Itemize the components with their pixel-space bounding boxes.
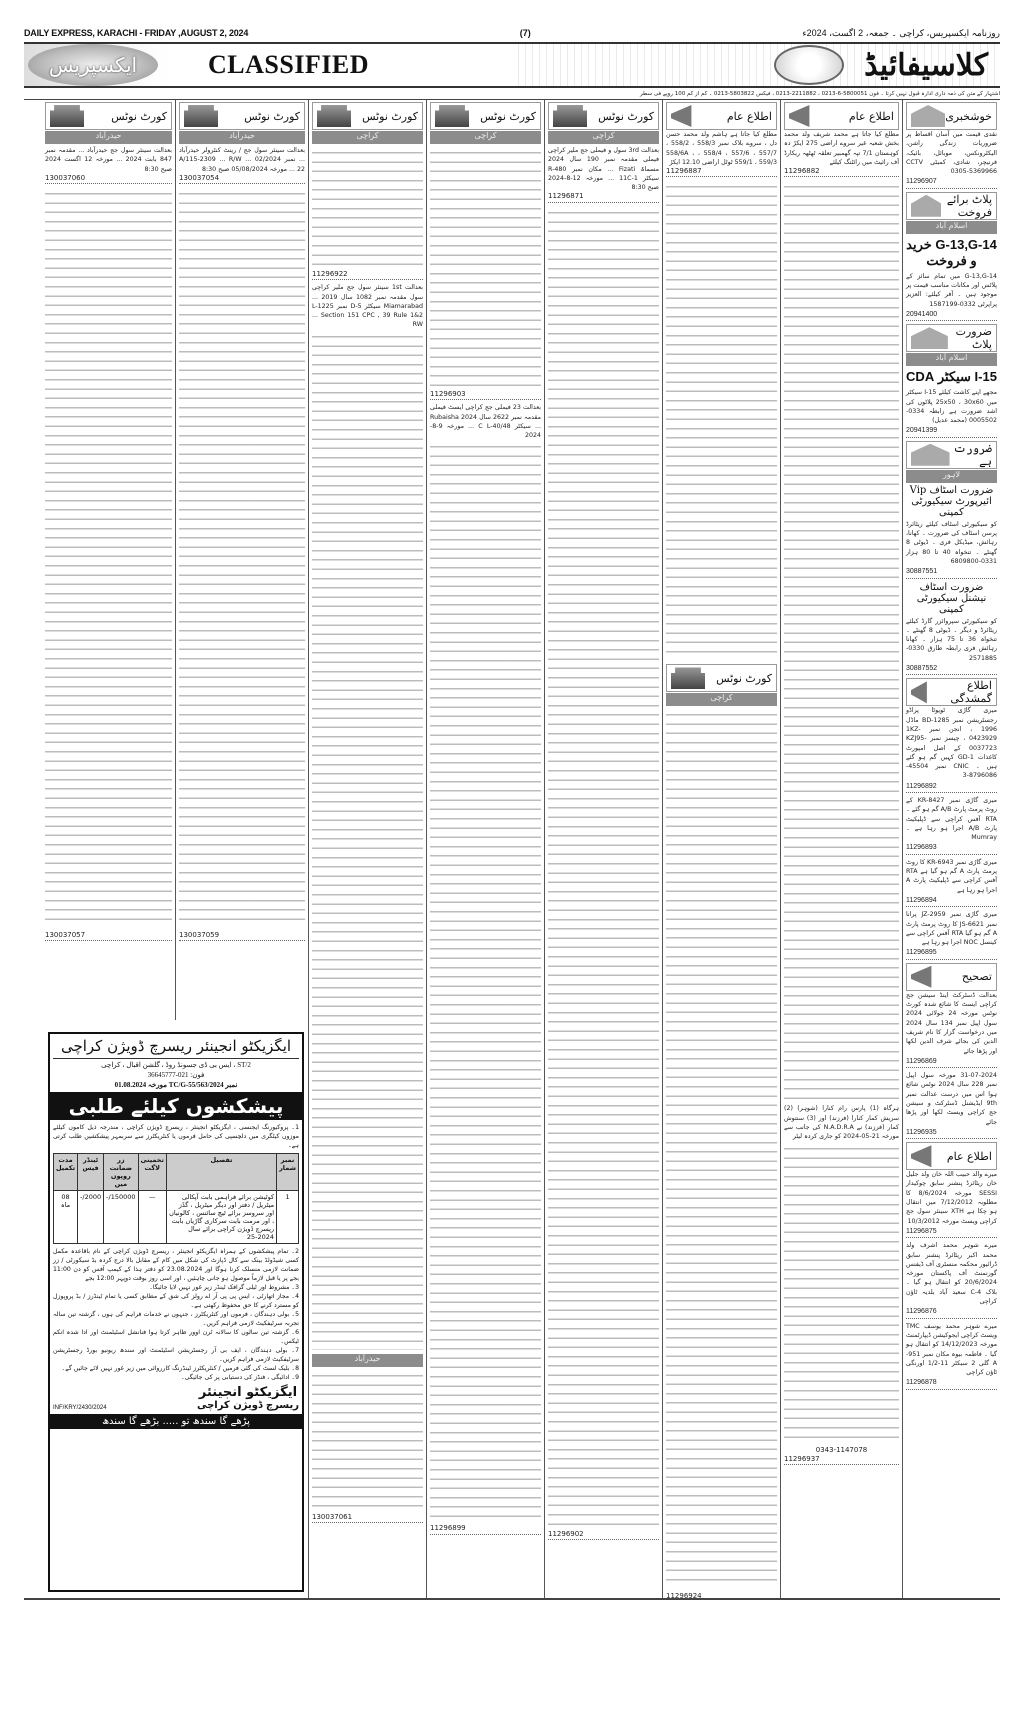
ad-vip-security: کو سیکیورٹی اسٹاف کیلئے ریٹائرڈ پرسن اسٹ…: [906, 520, 997, 579]
magnifier-icon: [774, 45, 844, 85]
ad-text-block: [312, 146, 423, 266]
sindh-slogan: پڑھے گا سندھ تو ..... بڑھے گا سندھ: [50, 1414, 302, 1429]
ad-reference: 130037061: [312, 1513, 423, 1523]
tender-condition-5: 5۔ بولی دہندگان ، فرموں اور کنٹریکٹرز ، …: [53, 1310, 299, 1328]
ad-public-2: میرے شوہر محمد اشرف ولد محمد اکبر ریٹائر…: [906, 1241, 997, 1318]
ad-public-3: میرے شوہر محمد یوسف TMC ویسٹ کراچی ایجوک…: [906, 1322, 997, 1390]
ad-reference: 11296882: [784, 167, 899, 177]
ad-correction-1: بعدالت ڈسٹرکٹ اینڈ سیشن جج کراچی ایسٹ کا…: [906, 991, 997, 1068]
tender-condition-9: 9۔ ادائیگی ، فنڈز کی دستیابی پر کی جائیگ…: [53, 1373, 299, 1382]
ad-text-block: [666, 180, 777, 660]
court-building-icon: [184, 105, 218, 127]
ad-correction-2: 31-07-2024 مورخہ سول اپیل نمبر 228 سال 2…: [906, 1071, 997, 1139]
ad-reference: 130037060: [45, 174, 172, 184]
ad-reference: 11296899: [430, 1524, 541, 1534]
ad-code: INF/KRY/2430/2024: [53, 1405, 107, 1411]
newspaper-page: DAILY EXPRESS, KARACHI - FRIDAY ,AUGUST …: [24, 26, 1000, 1600]
ad-court-sample: بعدالت سینئر سول جج حیدرآباد ... مقدمہ ن…: [45, 146, 172, 174]
ad-text-lines: [430, 146, 541, 386]
hyderabad-columns: کورٹ نوٹس حیدرآباد بعدالت سینئر سول جج /…: [42, 100, 308, 1020]
ad-reference: 30887551: [906, 567, 997, 578]
city-bar-islamabad: اسلام آباد: [906, 221, 997, 234]
section-header-court-notice: کورٹ نوٹس: [548, 102, 659, 130]
megaphone-icon: [911, 1145, 945, 1167]
ad-reference: 11296887: [666, 167, 777, 177]
tender-condition-3: 3۔ مشروط اور ٹیلی گرافک ٹینڈر زیر غور نہ…: [53, 1283, 299, 1292]
ad-text-block: [784, 180, 899, 1100]
section-header-court-notice: کورٹ نوٹس: [312, 102, 423, 130]
ad-reference: 30887552: [906, 664, 997, 675]
signature-block: ایگزیکٹو انجینئر ریسرچ ڈویژن کراچی: [197, 1385, 299, 1411]
express-logo: ایکسپریس: [28, 44, 158, 86]
ad-loss-2: میری گاڑی نمبر KR-8427 کے روٹ پرمٹ پارٹ …: [906, 796, 997, 855]
ad-court-sample: بعدالت 23 فیملی جج کراچی ایسٹ فیملی مقدم…: [430, 403, 541, 440]
classified-title-english: CLASSIFIED: [208, 50, 369, 80]
section-header-court-notice: کورٹ نوٹس: [179, 102, 305, 130]
column-public-notice-1: اطلاع عام مطلع کیا جاتا ہے محمد شریف ولد…: [780, 100, 902, 1598]
ad-public-notice-first: مطلع کیا جاتا ہے محمد شریف ولد محمد بخش …: [784, 130, 899, 167]
tender-organization: ایگزیکٹو انجینئر ریسرچ ڈویژن کراچی: [53, 1037, 299, 1059]
ad-text-lines: [784, 1142, 899, 1442]
tree-icon: [911, 444, 950, 466]
ad-reference: 130037059: [179, 931, 305, 941]
ad-text-block: [784, 1142, 899, 1442]
tender-phone: فون: 021-36645777: [53, 1071, 299, 1079]
tender-table: نمبر شمار تفصیل تخمینی لاگت زر ضمانت روپ…: [53, 1153, 299, 1244]
ad-court-sample: بعدالت سینئر سول جج / رینٹ کنٹرولر حیدرآ…: [179, 146, 305, 174]
dateline-urdu: روزنامہ ایکسپریس، کراچی ۔ جمعہ، 2 اگست، …: [802, 28, 1000, 39]
column-public-notice-2: اطلاع عام مطلع کیا جاتا ہے ہاشم ولد محمد…: [662, 100, 780, 1598]
tender-table-header: نمبر شمار تفصیل تخمینی لاگت زر ضمانت روپ…: [54, 1154, 299, 1191]
court-building-icon: [671, 667, 705, 689]
tender-condition-6: 6۔ گزشتہ تین سالوں کا سالانہ ٹرن اوور ظا…: [53, 1328, 299, 1346]
city-bar-hyderabad: حیدرآباد: [179, 131, 305, 144]
section-header-plot-for-sale: پلاٹ برائے فروخت: [906, 192, 997, 220]
ad-reference: 11296875: [906, 1227, 997, 1238]
tender-signature: INF/KRY/2430/2024 ایگزیکٹو انجینئر ریسرچ…: [53, 1385, 299, 1411]
tender-intro: 1۔ پروکیورنگ ایجنسی ، ایگزیکٹو انجینئر ،…: [53, 1123, 299, 1150]
ad-text-block: [45, 187, 172, 927]
ad-public-notice-first: مطلع کیا جاتا ہے ہاشم ولد محمد حسن دل ، …: [666, 130, 777, 167]
megaphone-icon: [789, 105, 823, 127]
col-header-description: تفصیل: [166, 1154, 276, 1191]
ad-text-lines: [666, 708, 777, 1588]
classified-title-urdu: کلاسیفائیڈ: [864, 48, 988, 83]
tender-para-2: 2۔ تمام پیشکشوں کے ہمراہ ایگزیکٹو انجینئ…: [53, 1247, 299, 1283]
section-header-correction: تصحیح: [906, 963, 997, 991]
column-court-hyderabad-2: کورٹ نوٹس حیدرآباد بعدالت سینئر سول جج ح…: [42, 100, 175, 1020]
ad-text-block: [548, 206, 659, 1526]
ad-court-sample: بعدالت 1st سینئر سول جج ملیر کراچی سول م…: [312, 283, 423, 329]
section-header-court-notice: کورٹ نوٹس: [666, 664, 777, 692]
ad-reference: 11296894: [906, 896, 997, 907]
megaphone-icon: [911, 681, 937, 703]
masthead: ایکسپریس CLASSIFIED کلاسیفائیڈ: [24, 42, 1000, 88]
col-header-serial: نمبر شمار: [277, 1154, 299, 1191]
column-court-karachi-1: کورٹ نوٹس کراچی بعدالت 3rd سول و فیملی ج…: [544, 100, 662, 1598]
city-bar-hyderabad: حیدرآباد: [312, 1354, 423, 1367]
ad-reference: 130037054: [179, 174, 305, 184]
court-building-icon: [50, 105, 84, 127]
section-header-public-notice: اطلاع عام: [784, 102, 899, 130]
city-bar-hyderabad: حیدرآباد: [45, 131, 172, 144]
court-building-icon: [553, 105, 587, 127]
masthead-right: کلاسیفائیڈ: [512, 44, 1000, 86]
ad-loss-1: میری گاڑی ٹویوٹا پراڈو رجسٹریشن نمبر BD-…: [906, 706, 997, 793]
ad-reference: 11296869: [906, 1057, 997, 1068]
col-header-estimated-cost: تخمینی لاگت: [138, 1154, 166, 1191]
ad-text-lines: [179, 187, 305, 927]
ad-heading: ضرورت اسٹاف نیشنل سیکیورٹی کمپنی: [906, 582, 997, 615]
ad-text-lines: [312, 330, 423, 1350]
ad-good-news: نقدی قیمت میں آسان اقساط پر ضروریات زندگ…: [906, 130, 997, 189]
ad-reference: 11296892: [906, 782, 997, 793]
ad-reference: 11296878: [906, 1378, 997, 1389]
city-bar-karachi: کراچی: [430, 131, 541, 144]
ad-court-sample: بعدالت 3rd سول و فیملی جج ملیر کراچی فیم…: [548, 146, 659, 192]
section-header-good-news: خوشخبری: [906, 102, 997, 130]
signature-title: ایگزیکٹو انجینئر: [197, 1385, 299, 1400]
ad-text-block: [179, 187, 305, 927]
section-header-court-notice: کورٹ نوٹس: [45, 102, 172, 130]
tender-address: ST/2 ، ایس بی ڈی جسونڈ روڈ ، گلشن اقبال …: [53, 1061, 299, 1069]
section-header-wanted: ضرورت ہے: [906, 441, 997, 469]
col-header-tender-fee: ٹینڈر فیس: [78, 1154, 104, 1191]
section-header-court-notice: کورٹ نوٹس: [430, 102, 541, 130]
ad-i15: مجھے اپنے کاشت کیلئے I-15 سیکٹر میں 25x5…: [906, 388, 997, 437]
tender-reference: نمبر TC/G-55/563/2024 مورخہ 01.08.2024: [53, 1081, 299, 1089]
court-building-icon: [317, 105, 351, 127]
masthead-left: ایکسپریس CLASSIFIED: [24, 44, 512, 86]
city-bar-karachi: کراچی: [666, 693, 777, 706]
ad-text-block: [312, 330, 423, 1350]
city-bar-karachi: کراچی: [548, 131, 659, 144]
ad-text-lines: [666, 180, 777, 660]
page-number: (7): [520, 28, 531, 38]
ad-text-lines: [45, 187, 172, 927]
ad-reference: 130037057: [45, 931, 172, 941]
column-court-karachi-3: کورٹ نوٹس کراچی 11296922 بعدالت 1st سینئ…: [308, 100, 426, 1598]
ad-text-lines: [312, 1369, 423, 1509]
tender-condition-7: 7۔ بولی دہندگان ، ایف بی آر رجسٹریشن اسٹ…: [53, 1346, 299, 1364]
col-header-completion: مدت تکمیل: [54, 1154, 78, 1191]
pen-icon: [911, 966, 945, 988]
ad-reference: 11296935: [906, 1128, 997, 1139]
city-bar-lahore: لاہور: [906, 470, 997, 483]
section-header-plot-wanted: ضرورت پلاٹ: [906, 324, 997, 352]
column-court-hyderabad-1: کورٹ نوٹس حیدرآباد بعدالت سینئر سول جج /…: [175, 100, 308, 1020]
ad-text-lines: [312, 146, 423, 266]
tender-condition-4: 4۔ مجاز اتھارٹی ، ایس پی پی آر اے رولز ک…: [53, 1292, 299, 1310]
ad-contact: 0343-1147078: [784, 1446, 899, 1455]
ad-nadra: ہرگاہ (1) پارس رام کنارا (شوہر) (2) سریش…: [784, 1104, 899, 1141]
section-header-public-notice: اطلاع عام: [906, 1142, 997, 1170]
dateline-english: DAILY EXPRESS, KARACHI - FRIDAY ,AUGUST …: [24, 28, 248, 38]
city-bar-islamabad: اسلام آباد: [906, 353, 997, 366]
ad-reference: 11296876: [906, 1307, 997, 1318]
city-bar-karachi: کراچی: [312, 131, 423, 144]
section-header-loss-notice: اطلاع گمشدگی: [906, 678, 997, 706]
ad-loss-3: میری گاڑی نمبر KR-6943 کا روٹ پرمٹ پارٹ …: [906, 858, 997, 907]
ad-reference: 11296907: [906, 177, 997, 188]
ad-reference: 11296924: [666, 1592, 777, 1598]
table-row: 1 کوٹیشن برائے فراہمی بابت آپکالی میٹریل…: [54, 1191, 299, 1244]
ad-reference: 11296902: [548, 1530, 659, 1540]
column-court-karachi-2: کورٹ نوٹس کراچی 11296903 بعدالت 23 فیملی…: [426, 100, 544, 1598]
ad-heading: G-13,G-14 خرید و فروخت: [906, 237, 997, 269]
house-icon: [911, 105, 945, 127]
ad-text-lines: [430, 440, 541, 1520]
court-building-icon: [435, 105, 469, 127]
ad-text-block: [430, 440, 541, 1520]
ad-reference: 11296937: [784, 1455, 899, 1465]
ad-text-lines: [548, 206, 659, 1526]
notice-strip: اشتہار کے متن کی ذمہ داری ادارہ قبول نہی…: [24, 88, 1000, 100]
ad-text-block: [312, 1369, 423, 1509]
ad-loss-4: میری گاڑی نمبر JZ-2959 پرانا نمبر JS-662…: [906, 910, 997, 959]
classified-columns: خوشخبری نقدی قیمت میں آسان اقساط پر ضرور…: [24, 100, 1000, 1600]
ad-reference: 11296895: [906, 948, 997, 959]
ad-public-1: میرے والد حبیب اللہ خان ولد جلیل خان ریٹ…: [906, 1170, 997, 1238]
dateline: DAILY EXPRESS, KARACHI - FRIDAY ,AUGUST …: [24, 26, 1000, 40]
plot-icon: [911, 195, 941, 217]
signature-org: ریسرچ ڈویژن کراچی: [197, 1400, 299, 1411]
ad-reference: 11296903: [430, 390, 541, 400]
ad-reference: 20941399: [906, 426, 997, 437]
ad-heading: ضرورت اسٹاف Vip ائیرپورٹ سیکیورٹی کمپنی: [906, 485, 997, 518]
ad-reference: 11296922: [312, 270, 423, 280]
ad-heading: I-15 سیکٹر CDA: [906, 369, 997, 385]
ad-text-block: [430, 146, 541, 386]
tender-banner: پیشکشوں کیلئے طلبی: [50, 1092, 302, 1120]
ad-text-block: [666, 708, 777, 1588]
tender-condition-8: 8۔ بلیک لسٹ کی گئی فرمیں / کنٹریکٹرز ٹین…: [53, 1364, 299, 1373]
plot-icon: [911, 327, 948, 349]
section-header-public-notice: اطلاع عام: [666, 102, 777, 130]
ad-reference: 20941400: [906, 310, 997, 321]
ad-g13: G-13,G-14 میں تمام سائز کے پلاٹس اور مکا…: [906, 272, 997, 321]
tender-advertisement: ایگزیکٹو انجینئر ریسرچ ڈویژن کراچی ST/2 …: [48, 1032, 304, 1592]
ad-reference: 11296871: [548, 192, 659, 202]
column-classifieds: خوشخبری نقدی قیمت میں آسان اقساط پر ضرور…: [902, 100, 1000, 1598]
ad-national-security: کو سیکیورٹی سپروائزر گارڈ کیلئے ریٹائرڈ …: [906, 617, 997, 676]
col-header-earnest-money: زر ضمانت روپوں میں: [104, 1154, 138, 1191]
ad-text-lines: [784, 180, 899, 1100]
ad-reference: 11296893: [906, 843, 997, 854]
column-hyderabad-and-tender: کورٹ نوٹس حیدرآباد بعدالت سینئر سول جج /…: [42, 100, 308, 1598]
megaphone-icon: [671, 105, 705, 127]
